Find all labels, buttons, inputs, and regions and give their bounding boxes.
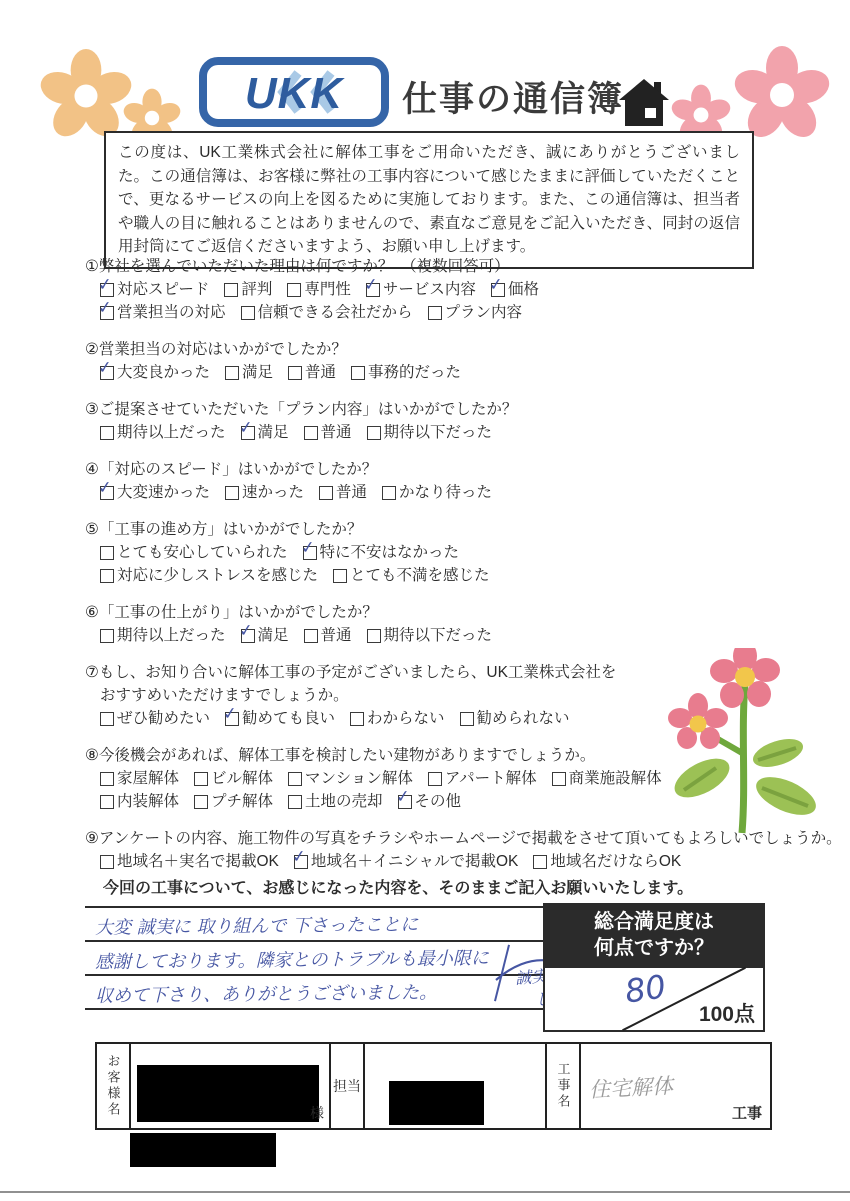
checkmark-icon: ✓ bbox=[363, 273, 380, 297]
survey-form-page: UKK 仕事の通信簿 この度は、UK工業株式会社に解体工事をご用命いただき、誠に… bbox=[0, 0, 850, 1201]
answer-option: ✓満足 bbox=[241, 624, 289, 647]
checkbox-unchecked-icon bbox=[288, 366, 302, 380]
option-label: 特に不安はなかった bbox=[320, 541, 460, 564]
answer-option: 商業施設解体 bbox=[552, 767, 662, 790]
option-label: とても不満を感じた bbox=[350, 564, 490, 587]
checkbox-unchecked-icon bbox=[428, 772, 442, 786]
question-heading: ⑥「工事の仕上がり」はいかがでしたか？ bbox=[85, 601, 845, 624]
checkbox-unchecked-icon bbox=[351, 366, 365, 380]
question-heading: ⑤「工事の進め方」はいかがでしたか？ bbox=[85, 518, 845, 541]
checkbox-unchecked-icon bbox=[319, 486, 333, 500]
question-heading: ④「対応のスピード」はいかがでしたか？ bbox=[85, 458, 845, 481]
answer-option: ✓特に不安はなかった bbox=[303, 541, 460, 564]
checkbox-unchecked-icon bbox=[194, 795, 208, 809]
checkmark-icon: ✓ bbox=[97, 356, 114, 380]
answer-option: 事務的だった bbox=[351, 361, 461, 384]
option-label: 地域名＋実名で掲載OK bbox=[117, 850, 279, 873]
option-label: 土地の売却 bbox=[305, 790, 383, 813]
option-label: 地域名だけならOK bbox=[550, 850, 681, 873]
answer-option: ✓大変速かった bbox=[100, 481, 210, 504]
project-name-suffix: 工事 bbox=[732, 1102, 762, 1123]
page-title: 仕事の通信簿 bbox=[402, 72, 624, 122]
answer-option: プチ解体 bbox=[194, 790, 273, 813]
option-label: わからない bbox=[367, 707, 445, 730]
question-block: ①弊社を選んでいただいた理由は何ですか？ （複数回答可）✓対応スピード評判専門性… bbox=[85, 255, 845, 324]
score-header-line1: 総合満足度は bbox=[545, 909, 763, 935]
option-label: 満足 bbox=[258, 624, 289, 647]
answer-row: 対応に少しストレスを感じたとても不満を感じた bbox=[85, 564, 845, 587]
answer-option: ✓価格 bbox=[491, 278, 539, 301]
checkbox-checked-icon: ✓ bbox=[241, 426, 255, 440]
option-label: 普通 bbox=[336, 481, 367, 504]
answer-option: 満足 bbox=[225, 361, 273, 384]
checkbox-checked-icon: ✓ bbox=[491, 283, 505, 297]
answer-option: 期待以上だった bbox=[100, 421, 226, 444]
option-label: 事務的だった bbox=[368, 361, 461, 384]
bottom-scan-line bbox=[0, 1191, 850, 1193]
checkbox-unchecked-icon bbox=[100, 426, 114, 440]
checkmark-icon: ✓ bbox=[97, 273, 114, 297]
handwritten-text: 大変 誠実に 取り組んで 下さったことに bbox=[95, 910, 418, 939]
score-body: 80 100点 bbox=[543, 968, 765, 1032]
checkbox-unchecked-icon bbox=[533, 855, 547, 869]
checkmark-icon: ✓ bbox=[237, 619, 254, 643]
answer-option: ✓サービス内容 bbox=[366, 278, 476, 301]
answer-option: 評判 bbox=[224, 278, 272, 301]
flower-icon bbox=[732, 45, 832, 145]
option-label: 速かった bbox=[242, 481, 304, 504]
question-heading: ①弊社を選んでいただいた理由は何ですか？ （複数回答可） bbox=[85, 255, 845, 278]
checkbox-unchecked-icon bbox=[333, 569, 347, 583]
answer-row: ✓対応スピード評判専門性✓サービス内容✓価格 bbox=[85, 278, 845, 301]
answer-option: ビル解体 bbox=[194, 767, 273, 790]
answer-option: 期待以下だった bbox=[367, 421, 493, 444]
checkbox-checked-icon: ✓ bbox=[398, 795, 412, 809]
score-header-line2: 何点ですか？ bbox=[545, 935, 763, 961]
checkmark-icon: ✓ bbox=[237, 416, 254, 440]
customer-name-cell: 様 bbox=[131, 1044, 331, 1128]
checkbox-checked-icon: ✓ bbox=[225, 712, 239, 726]
answer-option: 専門性 bbox=[287, 278, 351, 301]
answer-row: ✓大変良かった満足普通事務的だった bbox=[85, 361, 845, 384]
checkbox-unchecked-icon bbox=[460, 712, 474, 726]
option-label: 商業施設解体 bbox=[569, 767, 662, 790]
option-label: 営業担当の対応 bbox=[117, 301, 226, 324]
answer-option: 普通 bbox=[319, 481, 367, 504]
answer-option: ぜひ勧めたい bbox=[100, 707, 210, 730]
option-label: 期待以上だった bbox=[117, 624, 226, 647]
option-label: 普通 bbox=[305, 361, 336, 384]
option-label: サービス内容 bbox=[383, 278, 476, 301]
option-label: 満足 bbox=[258, 421, 289, 444]
answer-option: 家屋解体 bbox=[100, 767, 179, 790]
checkbox-unchecked-icon bbox=[100, 855, 114, 869]
answer-option: 地域名＋実名で掲載OK bbox=[100, 850, 279, 873]
bottom-redaction bbox=[130, 1133, 276, 1167]
answer-option: 普通 bbox=[304, 624, 352, 647]
checkbox-unchecked-icon bbox=[100, 712, 114, 726]
answer-option: ✓地域名＋イニシャルで掲載OK bbox=[294, 850, 518, 873]
checkbox-unchecked-icon bbox=[100, 772, 114, 786]
question-block: ③ご提案させていただいた「プラン内容」はいかがでしたか？期待以上だった✓満足普通… bbox=[85, 398, 845, 444]
checkbox-checked-icon: ✓ bbox=[100, 366, 114, 380]
checkmark-icon: ✓ bbox=[488, 273, 505, 297]
answer-row: 期待以上だった✓満足普通期待以下だった bbox=[85, 421, 845, 444]
intro-box: この度は、UK工業株式会社に解体工事をご用命いただき、誠にありがとうございました… bbox=[104, 131, 754, 269]
score-box: 総合満足度は 何点ですか？ 80 100点 bbox=[543, 903, 765, 1032]
answer-option: 対応に少しストレスを感じた bbox=[100, 564, 318, 587]
customer-name-suffix: 様 bbox=[310, 1103, 324, 1123]
project-name-label: 工事名 bbox=[547, 1044, 581, 1128]
answer-option: アパート解体 bbox=[428, 767, 537, 790]
answer-row: ✓営業担当の対応信頼できる会社だからプラン内容 bbox=[85, 301, 845, 324]
option-label: ぜひ勧めたい bbox=[117, 707, 210, 730]
option-label: ビル解体 bbox=[211, 767, 273, 790]
answer-row: ✓大変速かった速かった普通かなり待った bbox=[85, 481, 845, 504]
answer-option: ✓対応スピード bbox=[100, 278, 209, 301]
checkmark-icon: ✓ bbox=[394, 785, 411, 809]
checkbox-checked-icon: ✓ bbox=[241, 629, 255, 643]
checkmark-icon: ✓ bbox=[291, 845, 308, 869]
option-label: 期待以下だった bbox=[384, 421, 493, 444]
house-icon bbox=[618, 78, 670, 128]
checkmark-icon: ✓ bbox=[97, 476, 114, 500]
checkbox-unchecked-icon bbox=[224, 283, 238, 297]
question-block: ⑥「工事の仕上がり」はいかがでしたか？期待以上だった✓満足普通期待以下だった bbox=[85, 601, 845, 647]
answer-option: 普通 bbox=[304, 421, 352, 444]
question-block: ⑤「工事の進め方」はいかがでしたか？とても安心していられた✓特に不安はなかった対… bbox=[85, 518, 845, 587]
answer-option: 内装解体 bbox=[100, 790, 179, 813]
comment-line: 大変 誠実に 取り組んで 下さったことに bbox=[85, 908, 582, 942]
answer-row: とても安心していられた✓特に不安はなかった bbox=[85, 541, 845, 564]
answer-option: ✓営業担当の対応 bbox=[100, 301, 226, 324]
logo-text: UKK bbox=[245, 69, 346, 118]
score-value-handwritten: 80 bbox=[623, 967, 669, 1010]
answer-option: 期待以下だった bbox=[367, 624, 493, 647]
project-name-handwritten: 住宅解体 bbox=[588, 1070, 673, 1104]
checkbox-unchecked-icon bbox=[225, 486, 239, 500]
checkbox-unchecked-icon bbox=[304, 426, 318, 440]
checkbox-unchecked-icon bbox=[241, 306, 255, 320]
checkbox-unchecked-icon bbox=[100, 629, 114, 643]
checkbox-unchecked-icon bbox=[288, 795, 302, 809]
project-name-cell: 住宅解体 工事 bbox=[581, 1044, 770, 1128]
checkbox-unchecked-icon bbox=[100, 569, 114, 583]
option-label: その他 bbox=[415, 790, 462, 813]
staff-name-redaction bbox=[389, 1081, 484, 1125]
intro-text: この度は、UK工業株式会社に解体工事をご用命いただき、誠にありがとうございました… bbox=[118, 141, 740, 259]
option-label: 地域名＋イニシャルで掲載OK bbox=[311, 850, 518, 873]
answer-option: ✓勧めても良い bbox=[225, 707, 335, 730]
checkmark-icon: ✓ bbox=[299, 536, 316, 560]
option-label: 対応に少しストレスを感じた bbox=[117, 564, 318, 587]
checkbox-checked-icon: ✓ bbox=[294, 855, 308, 869]
checkbox-unchecked-icon bbox=[304, 629, 318, 643]
footer-table: お客様名 様 担当 工事名 住宅解体 工事 bbox=[95, 1042, 772, 1130]
customer-name-label: お客様名 bbox=[97, 1044, 131, 1128]
checkbox-checked-icon: ✓ bbox=[100, 486, 114, 500]
checkbox-unchecked-icon bbox=[100, 546, 114, 560]
ukk-logo: UKK bbox=[198, 56, 390, 128]
option-label: 普通 bbox=[321, 624, 352, 647]
question-block: ④「対応のスピード」はいかがでしたか？✓大変速かった速かった普通かなり待った bbox=[85, 458, 845, 504]
checkbox-unchecked-icon bbox=[194, 772, 208, 786]
answer-option: ✓その他 bbox=[398, 790, 462, 813]
flower-icon bbox=[38, 48, 134, 144]
checkbox-unchecked-icon bbox=[382, 486, 396, 500]
question-heading: ②営業担当の対応はいかがでしたか？ bbox=[85, 338, 845, 361]
checkmark-icon: ✓ bbox=[222, 702, 239, 726]
checkbox-checked-icon: ✓ bbox=[303, 546, 317, 560]
option-label: 内装解体 bbox=[117, 790, 179, 813]
option-label: 大変速かった bbox=[117, 481, 210, 504]
option-label: プチ解体 bbox=[211, 790, 273, 813]
option-label: 満足 bbox=[242, 361, 273, 384]
option-label: 家屋解体 bbox=[117, 767, 179, 790]
answer-option: ✓大変良かった bbox=[100, 361, 210, 384]
answer-option: かなり待った bbox=[382, 481, 492, 504]
plant-flower-illustration bbox=[650, 648, 835, 838]
answer-option: 信頼できる会社だから bbox=[241, 301, 413, 324]
option-label: かなり待った bbox=[399, 481, 492, 504]
checkbox-checked-icon: ✓ bbox=[366, 283, 380, 297]
question-heading: ③ご提案させていただいた「プラン内容」はいかがでしたか？ bbox=[85, 398, 845, 421]
answer-option: 勧められない bbox=[460, 707, 570, 730]
answer-option: 普通 bbox=[288, 361, 336, 384]
option-label: 普通 bbox=[321, 421, 352, 444]
checkbox-unchecked-icon bbox=[552, 772, 566, 786]
option-label: アパート解体 bbox=[445, 767, 537, 790]
customer-name-redaction bbox=[137, 1065, 319, 1122]
answer-option: プラン内容 bbox=[428, 301, 523, 324]
checkbox-unchecked-icon bbox=[288, 772, 302, 786]
score-denominator: 100点 bbox=[699, 998, 755, 1028]
checkbox-unchecked-icon bbox=[428, 306, 442, 320]
option-label: 勧められない bbox=[477, 707, 570, 730]
answer-option: とても安心していられた bbox=[100, 541, 288, 564]
checkbox-unchecked-icon bbox=[100, 795, 114, 809]
answer-option: 地域名だけならOK bbox=[533, 850, 681, 873]
option-label: 大変良かった bbox=[117, 361, 210, 384]
option-label: 対応スピード bbox=[117, 278, 209, 301]
question-block: ②営業担当の対応はいかがでしたか？✓大変良かった満足普通事務的だった bbox=[85, 338, 845, 384]
checkmark-icon: ✓ bbox=[97, 296, 114, 320]
checkbox-unchecked-icon bbox=[225, 366, 239, 380]
option-label: 評判 bbox=[241, 278, 272, 301]
checkbox-unchecked-icon bbox=[367, 629, 381, 643]
answer-option: ✓満足 bbox=[241, 421, 289, 444]
answer-option: とても不満を感じた bbox=[333, 564, 490, 587]
staff-label: 担当 bbox=[331, 1044, 365, 1128]
option-label: プラン内容 bbox=[445, 301, 523, 324]
answer-row: 期待以上だった✓満足普通期待以下だった bbox=[85, 624, 845, 647]
handwritten-text: 感謝しております。隣家とのトラブルも最小限に bbox=[95, 944, 489, 974]
comment-instruction: 今回の工事について、お感じになった内容を、そのままご記入お願いいたします。 bbox=[103, 875, 693, 898]
staff-cell bbox=[365, 1044, 547, 1128]
option-label: 価格 bbox=[508, 278, 539, 301]
answer-option: 速かった bbox=[225, 481, 304, 504]
option-label: 信頼できる会社だから bbox=[258, 301, 413, 324]
answer-option: わからない bbox=[350, 707, 445, 730]
score-header: 総合満足度は 何点ですか？ bbox=[543, 903, 765, 968]
option-label: 専門性 bbox=[304, 278, 351, 301]
checkbox-unchecked-icon bbox=[350, 712, 364, 726]
answer-option: 土地の売却 bbox=[288, 790, 383, 813]
checkbox-unchecked-icon bbox=[287, 283, 301, 297]
checkbox-checked-icon: ✓ bbox=[100, 306, 114, 320]
checkbox-checked-icon: ✓ bbox=[100, 283, 114, 297]
option-label: 期待以下だった bbox=[384, 624, 493, 647]
handwritten-text: 収めて下さり、ありがとうございました。 bbox=[95, 978, 437, 1008]
answer-row: 地域名＋実名で掲載OK✓地域名＋イニシャルで掲載OK地域名だけならOK bbox=[85, 850, 845, 873]
answer-option: 期待以上だった bbox=[100, 624, 226, 647]
checkbox-unchecked-icon bbox=[367, 426, 381, 440]
option-label: 期待以上だった bbox=[117, 421, 226, 444]
option-label: 勧めても良い bbox=[242, 707, 335, 730]
option-label: とても安心していられた bbox=[117, 541, 288, 564]
